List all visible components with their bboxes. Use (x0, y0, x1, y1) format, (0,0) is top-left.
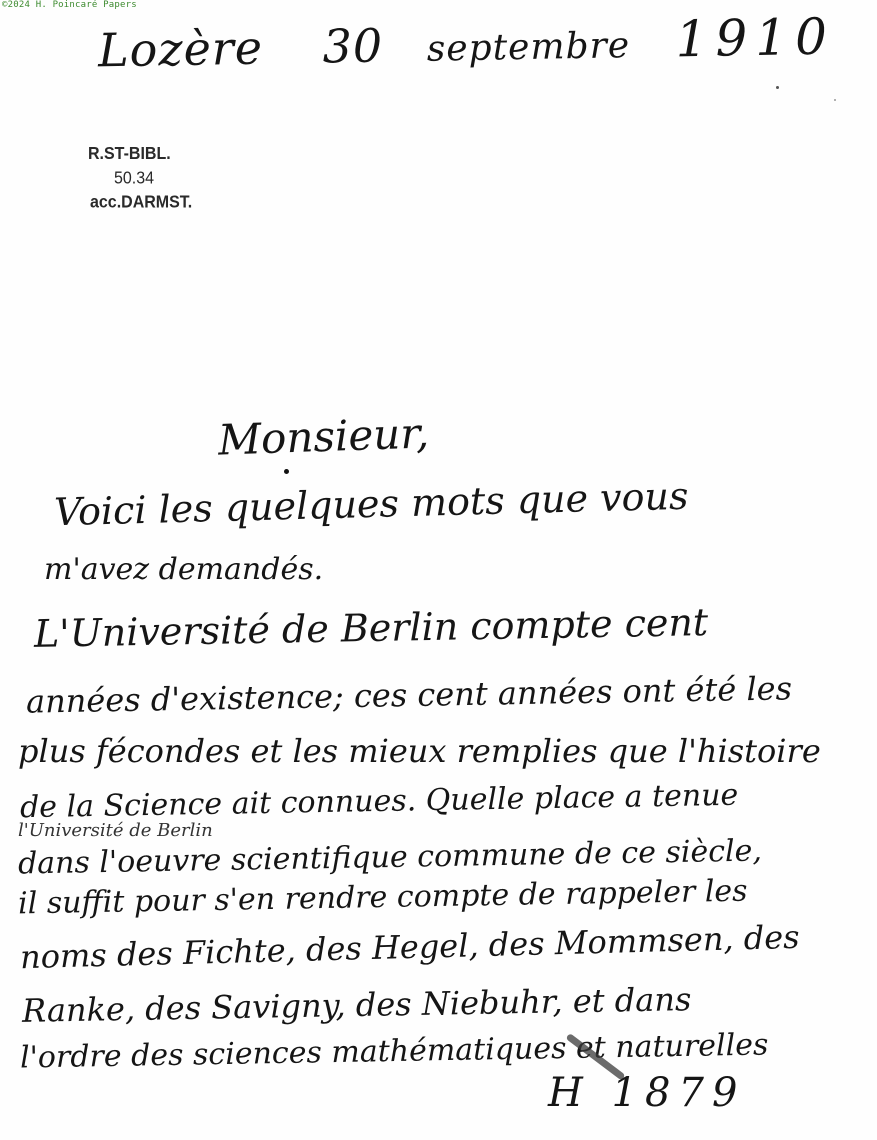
letter-line: plus fécondes et les mieux remplies que … (18, 732, 821, 770)
dateline: Lozère 30 septembre 1910 (98, 8, 836, 79)
letter-line-text: l'ordre des sciences mathématiques (20, 1031, 567, 1076)
stamp-line-3: acc.DARMST. (88, 191, 192, 215)
library-stamp: R.ST-BIBL. 50.34 acc.DARMST. (88, 143, 192, 216)
paper-speck (834, 99, 836, 101)
dateline-month: septembre (426, 25, 630, 70)
stamp-line-1: R.ST-BIBL. (88, 143, 192, 167)
letter-line: noms des Fichte, des Hegel, des Mommsen,… (20, 918, 800, 976)
letter-line: il suffit pour s'en rendre compte de rap… (18, 874, 748, 922)
archive-annotation: H 1879 (548, 1070, 745, 1116)
letter-line: L'Université de Berlin compte cent (34, 600, 709, 656)
letter-line: Ranke, des Savigny, des Niebuhr, et dans (22, 980, 692, 1030)
dateline-year: 1910 (675, 8, 835, 69)
letter-line: Voici les quelques mots que vous (54, 474, 689, 535)
letter-line: de la Science ait connues. Quelle place … (20, 778, 739, 826)
letter-line-end: naturelles (615, 1027, 769, 1065)
salutation: Monsieur, (217, 408, 430, 464)
copyright-watermark: ©2024 H. Poincaré Papers (2, 0, 137, 10)
dateline-place: Lozère (98, 21, 264, 78)
paper-speck (776, 86, 779, 89)
letter-line-last: l'ordre des sciences mathématiques et na… (20, 1027, 769, 1075)
letter-line: années d'existence; ces cent années ont … (26, 669, 793, 720)
ink-dot (284, 469, 289, 474)
stamp-line-2: 50.34 (88, 167, 192, 191)
dateline-day: 30 (322, 18, 383, 73)
struck-word: et (576, 1030, 606, 1066)
interlinear-insert: l'Université de Berlin (18, 820, 213, 841)
letter-line: m'avez demandés. (44, 552, 323, 587)
